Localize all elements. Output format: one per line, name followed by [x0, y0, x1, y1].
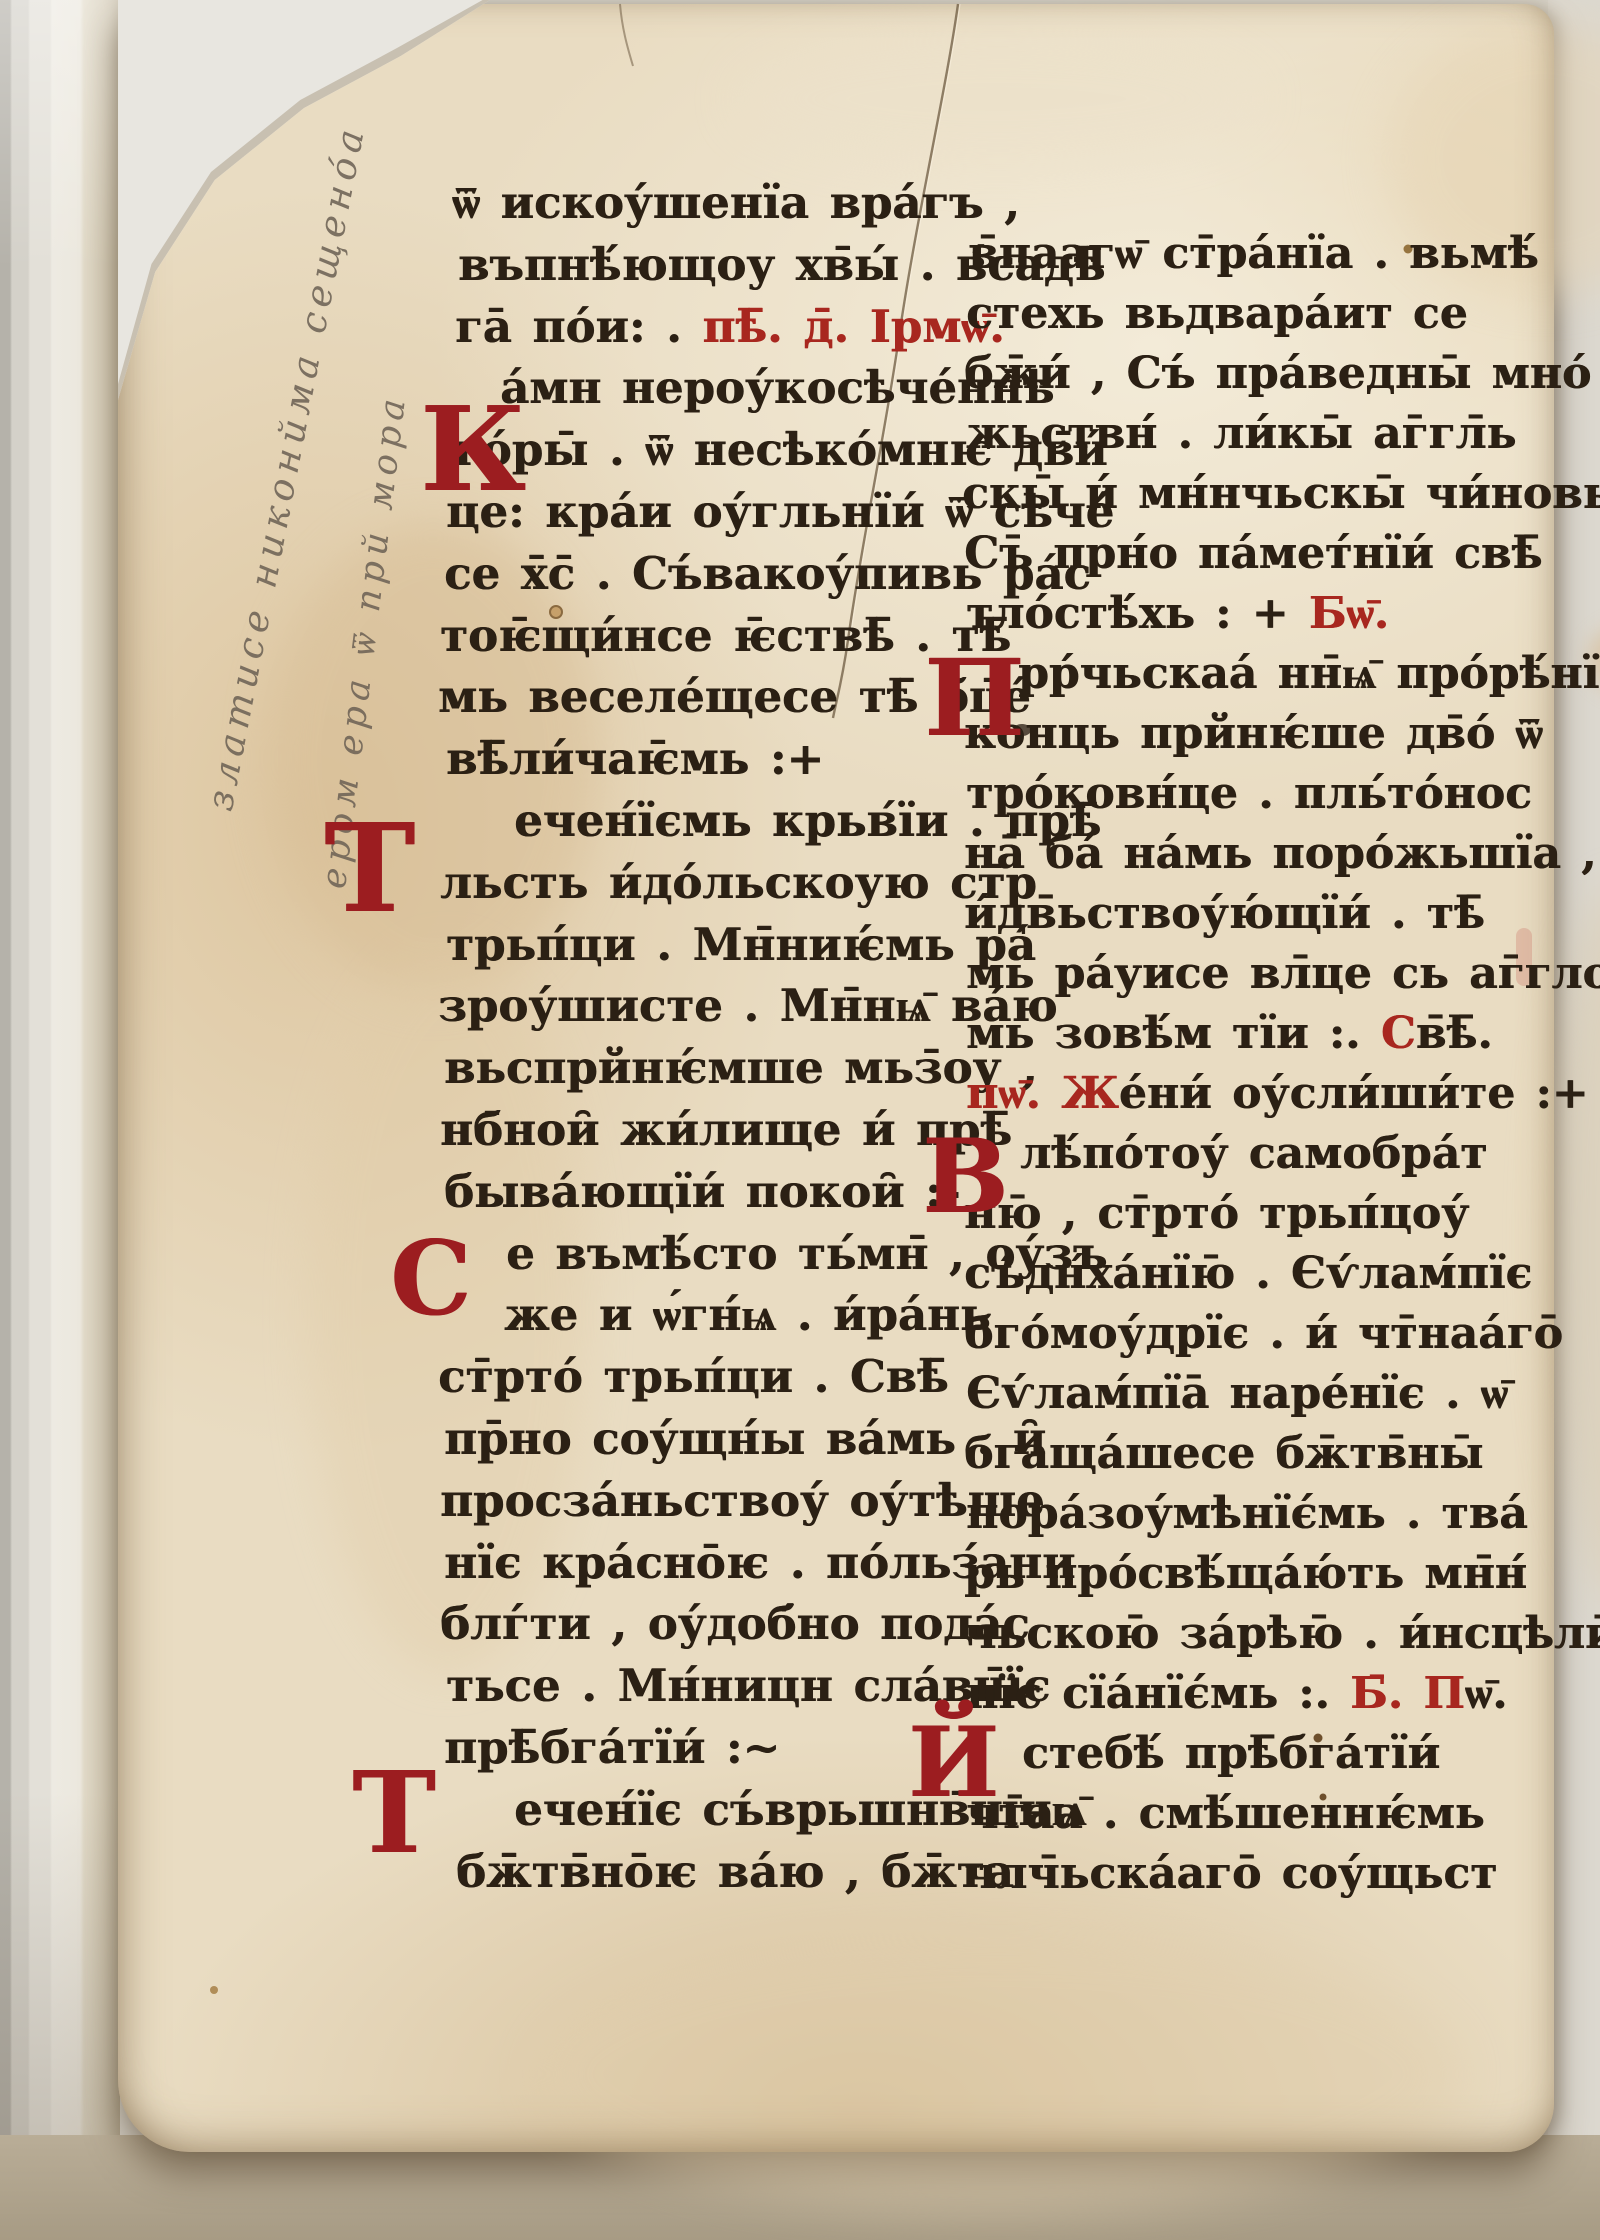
body-text: мь ра́уисе вл̄це сь аг̄гло [966, 948, 1600, 999]
body-text: чьскою̄ за́рѣю̄ . и́нсцѣлӣ [964, 1608, 1600, 1659]
body-text: скы̄ и́ мн́нчьскы̄ чи́новь . [962, 468, 1600, 519]
body-text: ст̄рто́ трьп́ци . Свѣ̄ [438, 1350, 948, 1403]
text-line: скы̄ и́ мн́нчьскы̄ чи́новь . [962, 468, 1600, 519]
text-line: бго́моу́дрїє . и́ чт̄наа́го̄ [964, 1308, 1563, 1359]
text-line: тло́стѣ́хь : + Бѡ̄. [966, 588, 1389, 639]
text-line: вьспрйнѥ́мше мьз̄оу , [444, 1041, 1038, 1094]
text-line: лѣ́по́тоу́ самобра́т [1020, 1128, 1487, 1179]
text-line: просза́ньствоу́ оу́тѣше [440, 1474, 1045, 1527]
text-line: и́дв̄ьствоу́ю́щїи́ . тѣ̄ [964, 888, 1485, 939]
book-page-edges [0, 0, 120, 2240]
text-line: жьствн́ . ли́кы̄ аг̄гл̄ь [966, 408, 1516, 459]
text-line: Єѵ́лам́пїа̄ наре́нїє . ѡ̄ [966, 1368, 1508, 1419]
illuminated-initial: Т [352, 1764, 435, 1865]
text-line: прѣ̄бга́тїи́ :~ [444, 1721, 780, 1774]
body-text: ню̄ , ст̄рто́ трьп́цоу́ [964, 1188, 1469, 1239]
body-text: нїє сїа́нїє́мь :. [966, 1668, 1350, 1719]
text-line: бж̄и́ , Съ́ пра́ведны̄ мно́ [964, 348, 1591, 399]
body-text: жьствн́ . ли́кы̄ аг̄гл̄ь [966, 408, 1516, 459]
body-text: прѣ̄бга́тїи́ :~ [444, 1721, 780, 1774]
body-text: в̄ѣ̄. [1416, 1008, 1493, 1059]
body-text: члч̄ьска́аго̄ соу́щьст [964, 1848, 1497, 1899]
text-line: льсть и́до́льскоую ст̄р [440, 856, 1037, 909]
text-line: в̄наагѡ̄ ст̄ра́нїа . вьмѣ́ [968, 228, 1539, 279]
body-text: бга́ща́шесе бж̄тв̄ны̄ [964, 1428, 1483, 1479]
body-text: на̄ б̄а́ на́мь поро́жьшїа , [964, 828, 1596, 879]
text-line: трьп́ци . Мн̄ниѥ́мь ра́ [446, 918, 1036, 971]
rubric-text: Ж [1061, 1068, 1119, 1119]
illuminated-initial: К [420, 398, 526, 502]
text-line: стехь вьдвара́ит се [966, 288, 1468, 339]
rubric-text: пѣ̄. д̄. Ірмѡ̄. [702, 300, 1004, 353]
body-text: зроу́шисте . Мн̄нѩ̄ ва́ю [438, 979, 1057, 1032]
text-line: конць прйнѥ́ше дв̄о́ ѿ [964, 708, 1543, 759]
text-line: зроу́шисте . Мн̄нѩ̄ ва́ю [438, 979, 1057, 1032]
body-text: и́дв̄ьствоу́ю́щїи́ . тѣ̄ [964, 888, 1485, 939]
body-text: тло́стѣ́хь : + [966, 588, 1309, 639]
text-line: мь ра́уисе вл̄це сь аг̄гло [966, 948, 1600, 999]
body-text: рр́чьскаа́ нн̄ѩ̄ про́рѣ́нїа , [1018, 648, 1600, 699]
body-text: тро́ковн́це . пль́то́нос [966, 768, 1532, 819]
text-line: вѣ̄ли́чаѥ̄мь :+ [446, 732, 824, 785]
text-line: стебѣ́ прѣ̄бга́тїи́ [1022, 1728, 1440, 1779]
body-text: трьп́ци . Мн̄ниѥ́мь ра́ [446, 918, 1036, 971]
manuscript-photo: златисе никонйма сещено́аером ера ѿ прй … [0, 0, 1600, 2240]
text-line: ст̄рто́ трьп́ци . Свѣ̄ [438, 1350, 948, 1403]
body-text: вьспрйнѥ́мше мьз̄оу , [444, 1041, 1038, 1094]
illuminated-initial: П [924, 650, 1024, 745]
body-text: в̄наагѡ̄ ст̄ра́нїа . вьмѣ́ [968, 228, 1539, 279]
body-text: ѡ̄. [1465, 1668, 1508, 1719]
body-text: лѣ́по́тоу́ самобра́т [1020, 1128, 1487, 1179]
rubric-text: Б̄. П [1350, 1668, 1465, 1719]
text-line: пора́зоу́мѣнїє́мь . тва́ [966, 1488, 1528, 1539]
body-text: ѿ искоу́шенїа вра́гъ , [452, 176, 1020, 229]
text-line: рр́чьскаа́ нн̄ѩ̄ про́рѣ́нїа , [1018, 648, 1600, 699]
body-text: бж̄тв̄но̄ѥ ва́ю , бж̄та [456, 1845, 1014, 1898]
body-text: быва́ющїи́ покои̑ :- [444, 1165, 960, 1218]
illuminated-initial: С [390, 1234, 471, 1326]
text-line: Съ̄ прн́о па́мет́нїи́ свѣ̄ [964, 528, 1542, 579]
text-line: ню̄ , ст̄рто́ трьп́цоу́ [964, 1188, 1469, 1239]
rubric-text: Бѡ̄. [1309, 588, 1389, 639]
rubric-text: С [1381, 1008, 1416, 1059]
illuminated-initial: Т [324, 814, 415, 924]
text-line: пр̄но соу́щн́ы ва́мь . и̑ [444, 1412, 1046, 1465]
illuminated-initial: В [922, 1132, 1008, 1224]
body-text: Съ̄ прн́о па́мет́нїи́ свѣ̄ [964, 528, 1542, 579]
body-text: пора́зоу́мѣнїє́мь . тва́ [966, 1488, 1528, 1539]
text-line: бж̄тв̄но̄ѥ ва́ю , бж̄та [456, 1845, 1014, 1898]
text-line: ѿ искоу́шенїа вра́гъ , [452, 176, 1020, 229]
body-text: конць прйнѥ́ше дв̄о́ ѿ [964, 708, 1543, 759]
body-text: тьсе . Мн́ницн сла́вн̄їє [446, 1659, 1050, 1712]
text-line: рь про́свѣ́ща́ю́ть мн̄н́ [964, 1548, 1527, 1599]
text-line: на̄ б̄а́ на́мь поро́жьшїа , [964, 828, 1596, 879]
body-text: льсть и́до́льскоую ст̄р [440, 856, 1037, 909]
body-text: бго́моу́дрїє . и́ чт̄наа́го̄ [964, 1308, 1563, 1359]
text-line: же и ѡ́гн́ѩ . и́ра́нь [504, 1288, 990, 1341]
body-text: стебѣ́ прѣ̄бга́тїи́ [1022, 1728, 1440, 1779]
body-text: вѣ̄ли́чаѥ̄мь :+ [446, 732, 824, 785]
text-line: га̄ по́и: . пѣ̄. д̄. Ірмѡ̄. [455, 300, 1005, 353]
text-line: нїє сїа́нїє́мь :. Б̄. Пѡ̄. [966, 1668, 1507, 1719]
body-text: е́ни́ оу́сли́ши́те :+ [1119, 1068, 1589, 1119]
text-line: быва́ющїи́ покои̑ :- [444, 1165, 960, 1218]
body-text: чт̄аа . смѣ́шеннѥ́мь [966, 1788, 1485, 1839]
body-text: га̄ по́и: . [455, 300, 702, 353]
text-line: тьсе . Мн́ницн сла́вн̄їє [446, 1659, 1050, 1712]
body-text: съ́дн́ха́нїю̄ . Єѵ́лам́пїє [964, 1248, 1532, 1299]
text-line: члч̄ьска́аго̄ соу́щьст [964, 1848, 1497, 1899]
text-line: бга́ща́шесе бж̄тв̄ны̄ [964, 1428, 1483, 1479]
body-text: блѓти , оу́доб́но пода́с [440, 1597, 1030, 1650]
text-line: блѓти , оу́доб́но пода́с [440, 1597, 1030, 1650]
body-text: рь про́свѣ́ща́ю́ть мн̄н́ [964, 1548, 1527, 1599]
stain [738, 34, 1258, 164]
body-text: пр̄но соу́щн́ы ва́мь . и̑ [444, 1412, 1046, 1465]
body-text: просза́ньствоу́ оу́тѣше [440, 1474, 1045, 1527]
rubric-text: пѡ̄. [966, 1068, 1061, 1119]
text-line: тро́ковн́це . пль́то́нос [966, 768, 1532, 819]
text-line: пѡ̄. Же́ни́ оу́сли́ши́те :+ [966, 1068, 1589, 1119]
body-text: мь зовѣ́м тїи :. [966, 1008, 1381, 1059]
body-text: Єѵ́лам́пїа̄ наре́нїє . ѡ̄ [966, 1368, 1508, 1419]
text-line: съ́дн́ха́нїю̄ . Єѵ́лам́пїє [964, 1248, 1532, 1299]
text-line: мь зовѣ́м тїи :. Св̄ѣ̄. [966, 1008, 1493, 1059]
body-text: бж̄и́ , Съ́ пра́ведны̄ мно́ [964, 348, 1591, 399]
text-line: чт̄аа . смѣ́шеннѥ́мь [966, 1788, 1485, 1839]
text-line: чьскою̄ за́рѣю̄ . и́нсцѣлӣ [964, 1608, 1600, 1659]
body-text: же и ѡ́гн́ѩ . и́ра́нь [504, 1288, 990, 1341]
scan-background-right [1548, 0, 1600, 2240]
illuminated-initial: Й [908, 1720, 999, 1806]
body-text: стехь вьдвара́ит се [966, 288, 1468, 339]
